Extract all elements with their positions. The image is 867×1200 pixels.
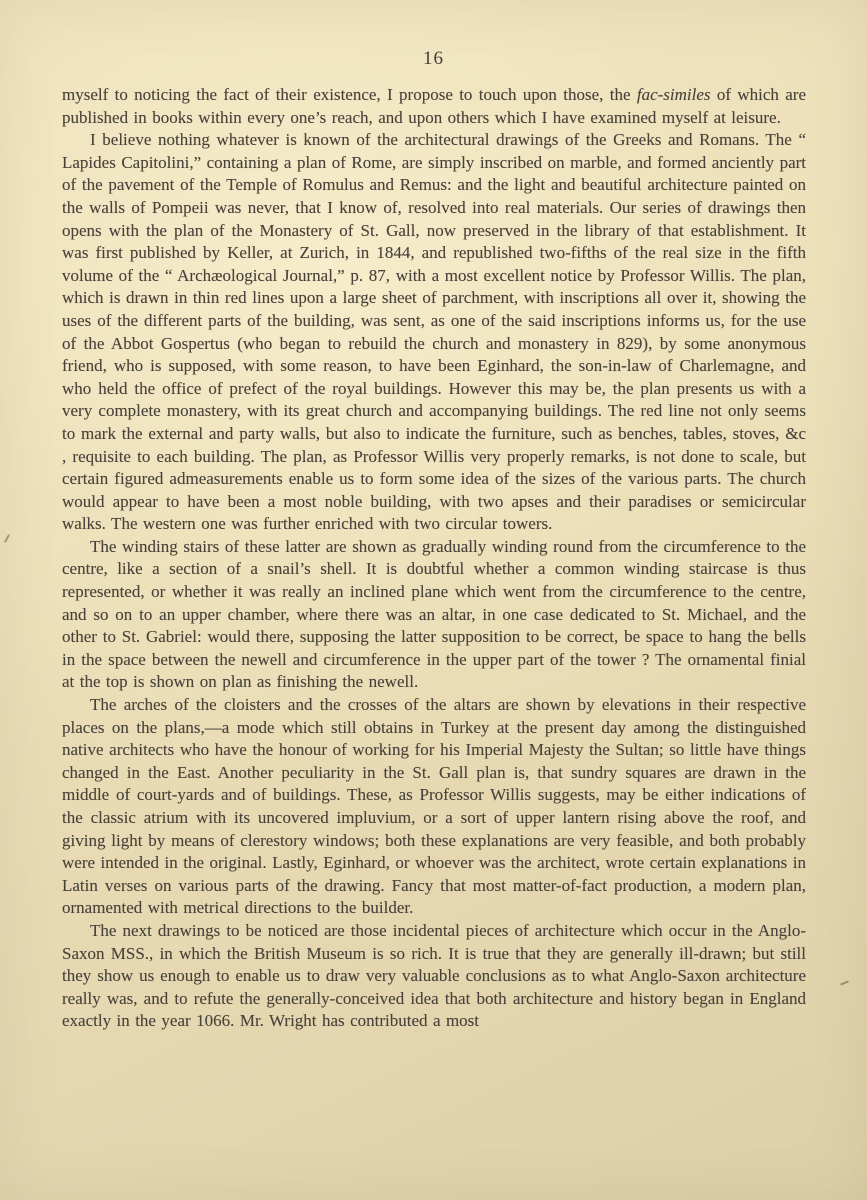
book-page-scan: 16 myself to noticing the fact of their …	[0, 0, 867, 1200]
paragraph-winding-stairs: The winding stairs of these latter are s…	[62, 536, 806, 694]
paragraph-st-gall-plan: I believe nothing whatever is known of t…	[62, 129, 806, 536]
paragraph-cloister-arches: The arches of the cloisters and the cros…	[62, 694, 806, 920]
paragraph-continuation: myself to noticing the fact of their exi…	[62, 84, 806, 129]
paragraph-text: myself to noticing the fact of their exi…	[62, 85, 637, 104]
left-margin-pen-mark	[4, 534, 10, 543]
italic-term-fac-similes: fac-similes	[637, 85, 711, 104]
paragraph-anglo-saxon-mss: The next drawings to be noticed are thos…	[62, 920, 806, 1033]
right-margin-pen-mark	[840, 980, 849, 985]
page-text: myself to noticing the fact of their exi…	[62, 84, 806, 1033]
page-number: 16	[0, 48, 867, 70]
